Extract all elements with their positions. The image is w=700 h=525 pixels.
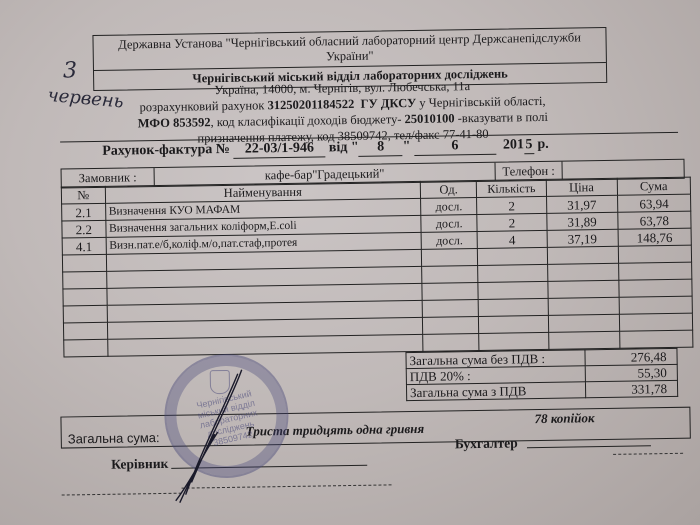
signature-scribble xyxy=(0,0,700,525)
invoice-document: 3 червень Державна Установа "Чернігівськ… xyxy=(0,0,700,525)
